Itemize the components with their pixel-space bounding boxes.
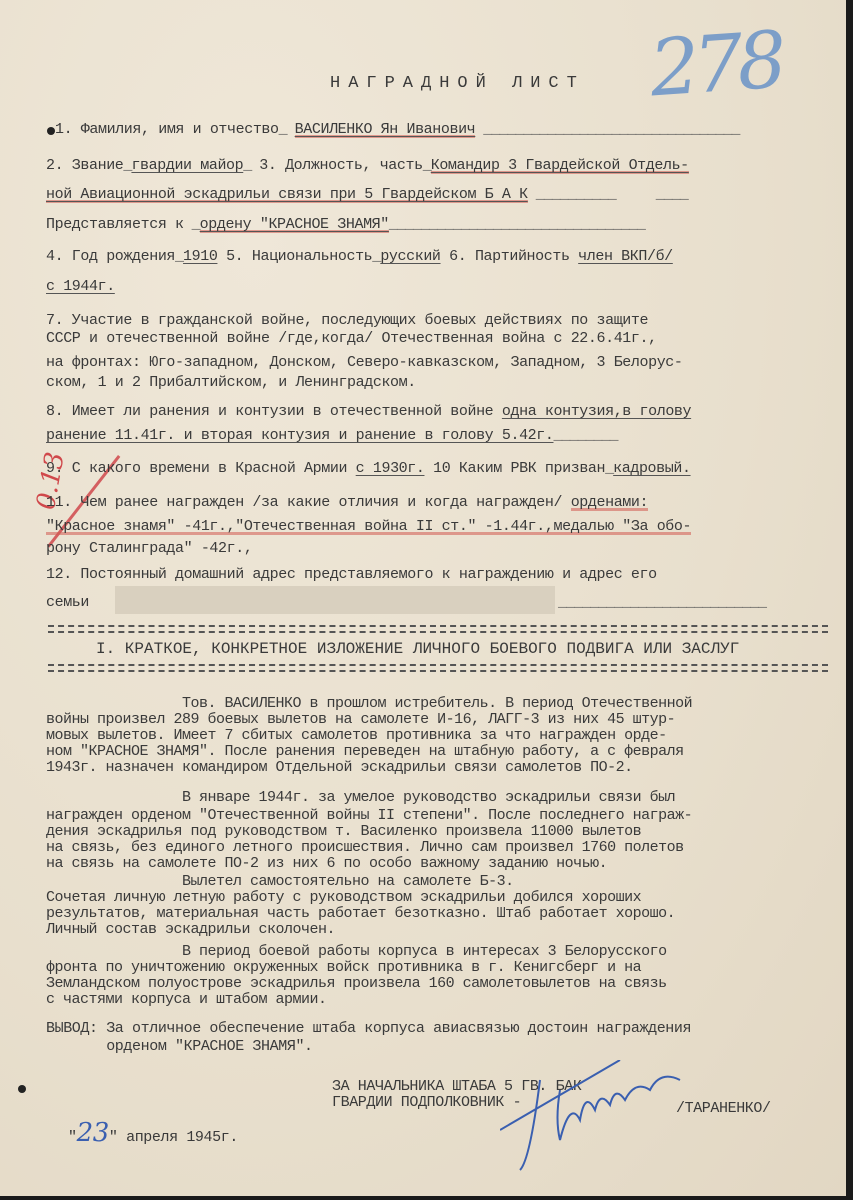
field-7-line-4: ском, 1 и 2 Прибалтийском, и Ленинградск… — [46, 374, 416, 391]
field-2-value: гвардии майор — [131, 157, 243, 174]
date-rest: " апреля 1945г. — [109, 1129, 238, 1146]
field-5-value: русский — [380, 248, 440, 265]
field-8-value-a: одна контузия,в голову — [502, 403, 691, 420]
field-4-5-6: 4. Год рождения_1910 5. Национальность_р… — [46, 248, 673, 265]
narrative-line: В период боевой работы корпуса в интерес… — [46, 944, 667, 959]
narrative-line: Вылетел самостоятельно на самолете Б-3. — [46, 874, 514, 889]
nominated-value: ордену "КРАСНОЕ ЗНАМЯ" — [200, 216, 389, 233]
nominated-row: Представляется к _ордену "КРАСНОЕ ЗНАМЯ"… — [46, 216, 645, 233]
field-12-label-a: 12. Постоянный домашний адрес представля… — [46, 566, 657, 583]
narrative-line: Земландском полуострове эскадрилья произ… — [46, 976, 667, 991]
separator-top — [48, 625, 828, 633]
field-8-label: 8. Имеет ли ранения и контузии в отечест… — [46, 403, 493, 420]
narrative-line: Сочетая личную летную работу с руководст… — [46, 890, 641, 905]
field-6-value: член ВКП/б/ — [578, 248, 673, 265]
field-8-cont: ранение 11.41г. и вторая контузия и ране… — [46, 427, 618, 444]
field-7-label: СССР и отечественной войне /где,когда/ — [46, 330, 373, 347]
field-6-cont: с 1944г. — [46, 278, 115, 295]
field-1-value: ВАСИЛЕНКО Ян Иванович — [295, 121, 476, 138]
field-3-label: 3. Должность, часть — [259, 157, 422, 174]
separator-bottom — [48, 664, 828, 672]
field-10-value: кадровый. — [613, 460, 690, 477]
punch-hole-dot — [47, 127, 55, 135]
conclusion-line-1: ВЫВОД: За отличное обеспечение штаба кор… — [46, 1020, 691, 1037]
field-9-label: 9. С какого времени в Красной Армии — [46, 460, 347, 477]
narrative-line: дения эскадрилья под руководством т. Вас… — [46, 824, 641, 839]
date-line: "23" апреля 1945г. — [68, 1118, 238, 1148]
narrative-line: с частями корпуса и штабом армии. — [46, 992, 327, 1007]
signature-title-line-2: ГВАРДИИ ПОДПОЛКОВНИК - — [332, 1094, 521, 1111]
field-4-value: 1910 — [183, 248, 217, 265]
conclusion-line-2: орденом "КРАСНОЕ ЗНАМЯ". — [46, 1038, 313, 1055]
narrative-line: на связь, без единого летного происшеств… — [46, 840, 684, 855]
narrative-line: на связь на самолете ПО-2 из них 6 по ос… — [46, 856, 607, 871]
field-11-cont-1: "Красное знамя" -41г.,"Отечественная вой… — [46, 518, 691, 535]
field-11-label: 11. Чем ранее награжден /за какие отличи… — [46, 494, 562, 511]
narrative-line: ном "КРАСНОЕ ЗНАМЯ". После ранения перев… — [46, 744, 684, 759]
handwritten-signature — [500, 1060, 700, 1180]
narrative-line: награжден орденом "Отечественной войны I… — [46, 808, 692, 823]
field-9-value: с 1930г. — [356, 460, 425, 477]
field-7-value: Отечественная война с 22.6.41г., — [381, 330, 656, 347]
archive-number-handwritten: 278 — [647, 16, 784, 115]
field-10-label: 10 Каким РВК призван — [433, 460, 605, 477]
nominated-label: Представляется к — [46, 216, 184, 233]
field-3-value-b: ной Авиационной эскадрильи связи при 5 Г… — [46, 186, 528, 203]
narrative-line: Личный состав эскадрильи сколочен. — [46, 922, 335, 937]
section-heading: I. КРАТКОЕ, КОНКРЕТНОЕ ИЗЛОЖЕНИЕ ЛИЧНОГО… — [96, 640, 739, 658]
field-11-value-c: рону Сталинграда" -42г., — [46, 540, 252, 557]
field-2-label: 2. Звание — [46, 157, 123, 174]
narrative-line: результатов, материальная часть работает… — [46, 906, 675, 921]
document-title: НАГРАДНОЙ ЛИСТ — [330, 74, 585, 93]
field-7-line-1: 7. Участие в гражданской войне, последую… — [46, 312, 648, 329]
award-sheet-page: 278 НАГРАДНОЙ ЛИСТ 1. Фамилия, имя и отч… — [0, 0, 846, 1196]
field-1: 1. Фамилия, имя и отчество_ ВАСИЛЕНКО Ян… — [55, 121, 739, 138]
field-8: 8. Имеет ли ранения и контузии в отечест… — [46, 403, 691, 420]
field-12-cont: семьи — [46, 594, 89, 611]
field-12-label-b: семьи — [46, 594, 89, 611]
field-5-label: 5. Национальность — [226, 248, 372, 265]
field-9-10: 9. С какого времени в Красной Армии с 19… — [46, 460, 691, 477]
narrative-line: мовых вылетов. Имеет 7 сбитых самолетов … — [46, 728, 667, 743]
field-7-line-2: СССР и отечественной войне /где,когда/ О… — [46, 330, 657, 347]
narrative-line: Тов. ВАСИЛЕНКО в прошлом истребитель. В … — [46, 696, 692, 711]
field-11: 11. Чем ранее награжден /за какие отличи… — [46, 494, 648, 511]
narrative-line: 1943г. назначен командиром Отдельной эск… — [46, 760, 633, 775]
date-day-handwritten: 23 — [77, 1118, 109, 1148]
field-11-value-a: орденами: — [571, 494, 648, 511]
field-3-cont: ной Авиационной эскадрильи связи при 5 Г… — [46, 186, 688, 203]
field-11-value-b: "Красное знамя" -41г.,"Отечественная вой… — [46, 518, 691, 535]
field-7-line-3: на фронтах: Юго-западном, Донском, Север… — [46, 354, 683, 371]
field-1-label: 1. Фамилия, имя и отчество — [55, 121, 279, 138]
field-8-value-b: ранение 11.41г. и вторая контузия и ране… — [46, 427, 554, 444]
field-2-3: 2. Звание_гвардии майор_ 3. Должность, ч… — [46, 157, 689, 174]
field-6-value-b: с 1944г. — [46, 278, 115, 295]
field-6-label: 6. Партийность — [449, 248, 569, 265]
narrative-line: фронта по уничтожению окруженных войск п… — [46, 960, 641, 975]
narrative-line: войны произвел 289 боевых вылетов на сам… — [46, 712, 675, 727]
field-4-label: 4. Год рождения — [46, 248, 175, 265]
field-3-value-a: Командир 3 Гвардейской Отдель- — [431, 157, 689, 174]
punch-hole-dot — [18, 1085, 26, 1093]
redacted-address — [115, 586, 555, 614]
address-blank-dashes: __________________________ — [558, 594, 766, 611]
narrative-line: В январе 1944г. за умелое руководство эс… — [46, 790, 675, 805]
